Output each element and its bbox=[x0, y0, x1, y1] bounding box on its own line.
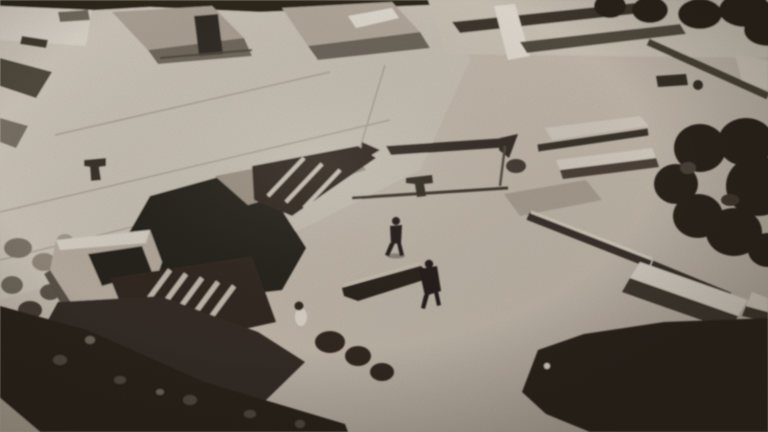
photo-canvas bbox=[0, 0, 768, 432]
film-grain bbox=[0, 0, 768, 432]
aerial-photograph bbox=[0, 0, 768, 432]
